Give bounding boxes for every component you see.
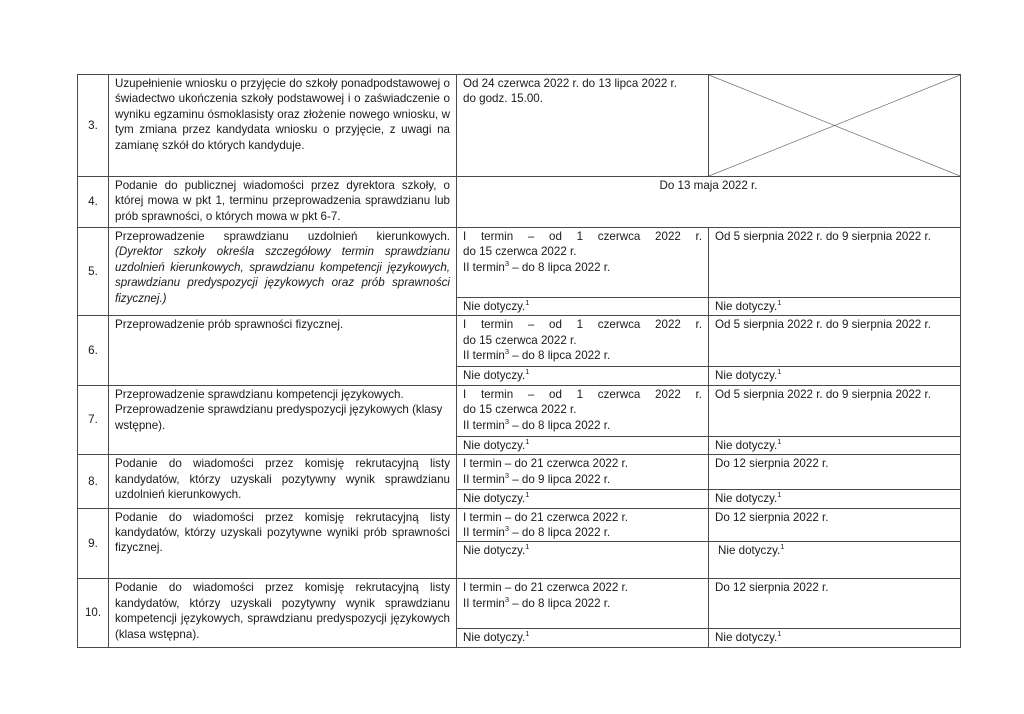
first-round-date: I termin – od 1 czerwca 2022 r. do 15 cz… — [457, 385, 709, 436]
table-row: 7. Przeprowadzenie sprawdzianu kompetenc… — [78, 385, 961, 436]
na-text: Nie dotyczy. — [715, 492, 777, 505]
footnote-ref: 1 — [525, 630, 529, 639]
row-description: Podanie do wiadomości przez komisję rekr… — [109, 455, 457, 508]
na-text: Nie dotyczy. — [463, 631, 525, 644]
na-text: Nie dotyczy. — [715, 631, 777, 644]
na-text: Nie dotyczy. — [463, 300, 525, 313]
term-1-cont: do 15 czerwca 2022 r. — [463, 244, 702, 259]
description-main: Przeprowadzenie sprawdzianu kompetencji … — [115, 387, 450, 402]
row-description: Przeprowadzenie prób sprawności fizyczne… — [109, 316, 457, 385]
term-2: II termin3 – do 9 lipca 2022 r. — [463, 472, 702, 487]
term-1-cont: do 15 czerwca 2022 r. — [463, 333, 702, 348]
footnote-ref: 1 — [780, 543, 784, 552]
row-description: Uzupełnienie wniosku o przyjęcie do szko… — [109, 75, 457, 177]
date-line: Od 24 czerwca 2022 r. do 13 lipca 2022 r… — [463, 76, 702, 91]
second-round-not-applicable: Nie dotyczy.1 — [709, 298, 961, 316]
table-row: 6. Przeprowadzenie prób sprawności fizyc… — [78, 316, 961, 367]
second-round-date: Od 5 sierpnia 2022 r. do 9 sierpnia 2022… — [709, 316, 961, 367]
row-number: 10. — [78, 579, 109, 647]
term-1: I termin – do 21 czerwca 2022 r. — [463, 510, 702, 525]
term-2: II termin3 – do 8 lipca 2022 r. — [463, 525, 702, 540]
footnote-ref: 1 — [777, 298, 781, 307]
row-description: Podanie do publicznej wiadomości przez d… — [109, 177, 457, 228]
term-2-label: II termin — [463, 349, 505, 362]
term-1: I termin – od 1 czerwca 2022 r. — [463, 317, 702, 332]
footnote-ref: 1 — [525, 543, 529, 552]
first-round-not-applicable: Nie dotyczy.1 — [457, 367, 709, 385]
na-text: Nie dotyczy. — [715, 300, 777, 313]
second-round-date: Do 12 sierpnia 2022 r. — [709, 455, 961, 490]
row-number: 9. — [78, 508, 109, 579]
second-round-date: Do 12 sierpnia 2022 r. — [709, 508, 961, 542]
term-1-cont: do 15 czerwca 2022 r. — [463, 402, 702, 417]
term-2: II termin3 – do 8 lipca 2022 r. — [463, 418, 702, 433]
table-row: 3. Uzupełnienie wniosku o przyjęcie do s… — [78, 75, 961, 177]
row-number: 4. — [78, 177, 109, 228]
footnote-ref: 1 — [525, 298, 529, 307]
row-description: Podanie do wiadomości przez komisję rekr… — [109, 508, 457, 579]
table-row: 5. Przeprowadzenie sprawdzianu uzdolnień… — [78, 228, 961, 298]
first-round-date: I termin – do 21 czerwca 2022 r. II term… — [457, 455, 709, 490]
first-round-not-applicable: Nie dotyczy.1 — [457, 298, 709, 316]
row-description: Przeprowadzenie sprawdzianu kompetencji … — [109, 385, 457, 454]
first-round-date: Od 24 czerwca 2022 r. do 13 lipca 2022 r… — [457, 75, 709, 177]
first-round-not-applicable: Nie dotyczy.1 — [457, 490, 709, 508]
second-round-date: Od 5 sierpnia 2022 r. do 9 sierpnia 2022… — [709, 228, 961, 298]
row-number: 6. — [78, 316, 109, 385]
term-2: II termin3 – do 8 lipca 2022 r. — [463, 596, 702, 611]
na-text: Nie dotyczy. — [463, 492, 525, 505]
term-1: I termin – od 1 czerwca 2022 r. — [463, 387, 702, 402]
row-number: 5. — [78, 228, 109, 316]
row-number: 3. — [78, 75, 109, 177]
first-round-date: I termin – od 1 czerwca 2022 r. do 15 cz… — [457, 316, 709, 367]
na-text: Nie dotyczy. — [715, 439, 777, 452]
footnote-ref: 1 — [777, 490, 781, 499]
na-text: Nie dotyczy. — [718, 544, 780, 557]
merged-date: Do 13 maja 2022 r. — [457, 177, 961, 228]
table-row: 4. Podanie do publicznej wiadomości prze… — [78, 177, 961, 228]
term-2-date: – do 8 lipca 2022 r. — [509, 526, 610, 539]
second-round-not-applicable: Nie dotyczy.1 — [709, 629, 961, 647]
row-description: Przeprowadzenie sprawdzianu uzdolnień ki… — [109, 228, 457, 316]
term-2-label: II termin — [463, 473, 505, 486]
na-text: Nie dotyczy. — [463, 544, 525, 557]
term-2-label: II termin — [463, 526, 505, 539]
table-row: 8. Podanie do wiadomości przez komisję r… — [78, 455, 961, 490]
term-2-date: – do 8 lipca 2022 r. — [509, 349, 610, 362]
second-round-crossed-cell — [709, 75, 961, 177]
term-2-date: – do 8 lipca 2022 r. — [509, 419, 610, 432]
second-round-not-applicable: Nie dotyczy.1 — [709, 490, 961, 508]
second-round-date: Od 5 sierpnia 2022 r. do 9 sierpnia 2022… — [709, 385, 961, 436]
term-1: I termin – do 21 czerwca 2022 r. — [463, 456, 702, 471]
first-round-date: I termin – do 21 czerwca 2022 r. II term… — [457, 508, 709, 542]
footnote-ref: 1 — [525, 368, 529, 377]
second-round-not-applicable: Nie dotyczy.1 — [709, 436, 961, 454]
term-2-date: – do 9 lipca 2022 r. — [509, 473, 610, 486]
term-2-label: II termin — [463, 597, 505, 610]
footnote-ref: 1 — [525, 437, 529, 446]
table-row: 9. Podanie do wiadomości przez komisję r… — [78, 508, 961, 542]
row-number: 8. — [78, 455, 109, 508]
footnote-ref: 1 — [777, 437, 781, 446]
footnote-ref: 1 — [777, 368, 781, 377]
description-secondary: Przeprowadzenie sprawdzianu predyspozycj… — [115, 402, 450, 433]
first-round-date: I termin – do 21 czerwca 2022 r. II term… — [457, 579, 709, 629]
first-round-not-applicable: Nie dotyczy.1 — [457, 542, 709, 579]
cross-out-icon — [709, 75, 960, 176]
second-round-not-applicable: Nie dotyczy.1 — [709, 367, 961, 385]
term-1: I termin – do 21 czerwca 2022 r. — [463, 580, 702, 595]
second-round-not-applicable: Nie dotyczy.1 — [709, 542, 961, 579]
term-1: I termin – od 1 czerwca 2022 r. — [463, 229, 702, 244]
recruitment-schedule-table: 3. Uzupełnienie wniosku o przyjęcie do s… — [77, 74, 961, 648]
description-main: Przeprowadzenie sprawdzianu uzdolnień ki… — [115, 230, 450, 243]
term-2-date: – do 8 lipca 2022 r. — [509, 597, 610, 610]
term-2-label: II termin — [463, 419, 505, 432]
row-description: Podanie do wiadomości przez komisję rekr… — [109, 579, 457, 647]
term-2-label: II termin — [463, 261, 505, 274]
table-row: 10. Podanie do wiadomości przez komisję … — [78, 579, 961, 629]
second-round-date: Do 12 sierpnia 2022 r. — [709, 579, 961, 629]
term-2-date: – do 8 lipca 2022 r. — [509, 261, 610, 274]
term-2: II termin3 – do 8 lipca 2022 r. — [463, 348, 702, 363]
term-2: II termin3 – do 8 lipca 2022 r. — [463, 260, 702, 275]
description-note: (Dyrektor szkoły określa szczegółowy ter… — [115, 245, 450, 304]
row-number: 7. — [78, 385, 109, 454]
first-round-date: I termin – od 1 czerwca 2022 r. do 15 cz… — [457, 228, 709, 298]
date-line: do godz. 15.00. — [463, 91, 702, 106]
na-text: Nie dotyczy. — [463, 369, 525, 382]
first-round-not-applicable: Nie dotyczy.1 — [457, 629, 709, 647]
footnote-ref: 1 — [777, 630, 781, 639]
na-text: Nie dotyczy. — [715, 369, 777, 382]
first-round-not-applicable: Nie dotyczy.1 — [457, 436, 709, 454]
na-text: Nie dotyczy. — [463, 439, 525, 452]
document-page: 3. Uzupełnienie wniosku o przyjęcie do s… — [0, 0, 1024, 714]
footnote-ref: 1 — [525, 490, 529, 499]
